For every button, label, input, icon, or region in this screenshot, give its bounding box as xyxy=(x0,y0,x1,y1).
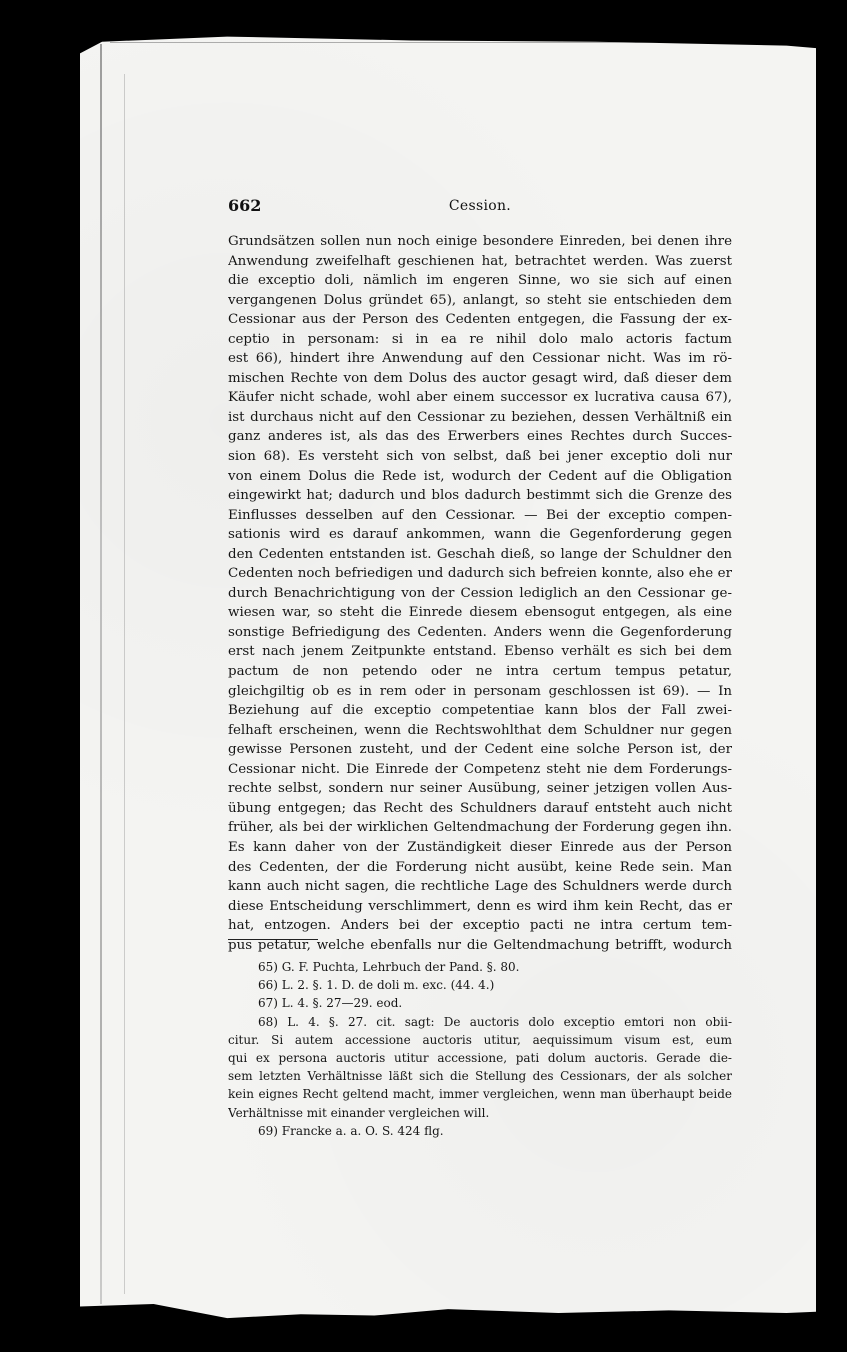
body-line: früher, als bei der wirklichen Geltendma… xyxy=(228,818,732,838)
footnote-line: 65) G. F. Puchta, Lehrbuch der Pand. §. … xyxy=(228,958,732,976)
body-line: felhaft erscheinen, wenn die Rechtswohlt… xyxy=(228,721,732,741)
footnote-line: 66) L. 2. §. 1. D. de doli m. exc. (44. … xyxy=(228,976,732,994)
body-line: hat, entzogen. Anders bei der exceptio p… xyxy=(228,916,732,936)
footnote-line: Verhältnisse mit einander vergleichen wi… xyxy=(228,1104,732,1122)
footnote-line: sem letzten Verhältnisse läßt sich die S… xyxy=(228,1067,732,1085)
body-text: Grundsätzen sollen nun noch einige beson… xyxy=(228,232,732,955)
body-line: mischen Rechte von dem Dolus des auctor … xyxy=(228,369,732,389)
footnote-line: 67) L. 4. §. 27—29. eod. xyxy=(228,994,732,1012)
body-line: rechte selbst, sondern nur seiner Ausübu… xyxy=(228,779,732,799)
body-line: von einem Dolus die Rede ist, wodurch de… xyxy=(228,467,732,487)
body-line: Cessionar nicht. Die Einrede der Compete… xyxy=(228,760,732,780)
body-line: den Cedenten entstanden ist. Geschah die… xyxy=(228,545,732,565)
body-line: gleichgiltig ob es in rem oder in person… xyxy=(228,682,732,702)
footnote-line: qui ex persona auctoris utitur accession… xyxy=(228,1049,732,1067)
body-line: pactum de non petendo oder ne intra cert… xyxy=(228,662,732,682)
body-line: Einflusses desselben auf den Cessionar. … xyxy=(228,506,732,526)
footnote-line: 68) L. 4. §. 27. cit. sagt: De auctoris … xyxy=(228,1013,732,1031)
body-line: eingewirkt hat; dadurch und blos dadurch… xyxy=(228,486,732,506)
body-line: kann auch nicht sagen, die rechtliche La… xyxy=(228,877,732,897)
body-line: des Cedenten, der die Forderung nicht au… xyxy=(228,858,732,878)
body-line: erst nach jenem Zeitpunkte entstand. Ebe… xyxy=(228,642,732,662)
body-line: ceptio in personam: si in ea re nihil do… xyxy=(228,330,732,350)
body-line: sion 68). Es versteht sich von selbst, d… xyxy=(228,447,732,467)
footnote-line: citur. Si autem accessione auctoris utit… xyxy=(228,1031,732,1049)
body-line: Cessionar aus der Person des Cedenten en… xyxy=(228,310,732,330)
body-line: durch Benachrichtigung von der Cession l… xyxy=(228,584,732,604)
page-edge-shadow xyxy=(100,44,102,1304)
page-top-edge xyxy=(110,42,810,43)
page-edge-fold xyxy=(124,74,125,1294)
body-line: Cedenten noch befriedigen und dadurch si… xyxy=(228,564,732,584)
body-line: sationis wird es darauf ankommen, wann d… xyxy=(228,525,732,545)
footnote-line: 69) Francke a. a. O. S. 424 flg. xyxy=(228,1122,732,1140)
body-line: ist durchaus nicht auf den Cessionar zu … xyxy=(228,408,732,428)
body-line: Beziehung auf die exceptio competentiae … xyxy=(228,701,732,721)
body-line: Es kann daher von der Zuständigkeit dies… xyxy=(228,838,732,858)
body-line: est 66), hindert ihre Anwendung auf den … xyxy=(228,349,732,369)
page-header: 662 Cession. xyxy=(228,196,732,220)
body-line: Anwendung zweifelhaft geschienen hat, be… xyxy=(228,252,732,272)
body-line: übung entgegen; das Recht des Schuldners… xyxy=(228,799,732,819)
body-line: ganz anderes ist, als das des Erwerbers … xyxy=(228,427,732,447)
running-head: Cession. xyxy=(228,198,732,214)
footnote-separator xyxy=(228,939,318,941)
body-line: wiesen war, so steht die Einrede diesem … xyxy=(228,603,732,623)
footnotes: 65) G. F. Puchta, Lehrbuch der Pand. §. … xyxy=(228,958,732,1140)
body-line: gewisse Personen zusteht, und der Cedent… xyxy=(228,740,732,760)
body-line: vergangenen Dolus gründet 65), anlangt, … xyxy=(228,291,732,311)
body-line: Käufer nicht schade, wohl aber einem suc… xyxy=(228,388,732,408)
body-line: sonstige Befriedigung des Cedenten. Ande… xyxy=(228,623,732,643)
body-line: die exceptio doli, nämlich im engeren Si… xyxy=(228,271,732,291)
body-line: Grundsätzen sollen nun noch einige beson… xyxy=(228,232,732,252)
body-line: diese Entscheidung verschlimmert, denn e… xyxy=(228,897,732,917)
footnote-line: kein eignes Recht geltend macht, immer v… xyxy=(228,1085,732,1103)
